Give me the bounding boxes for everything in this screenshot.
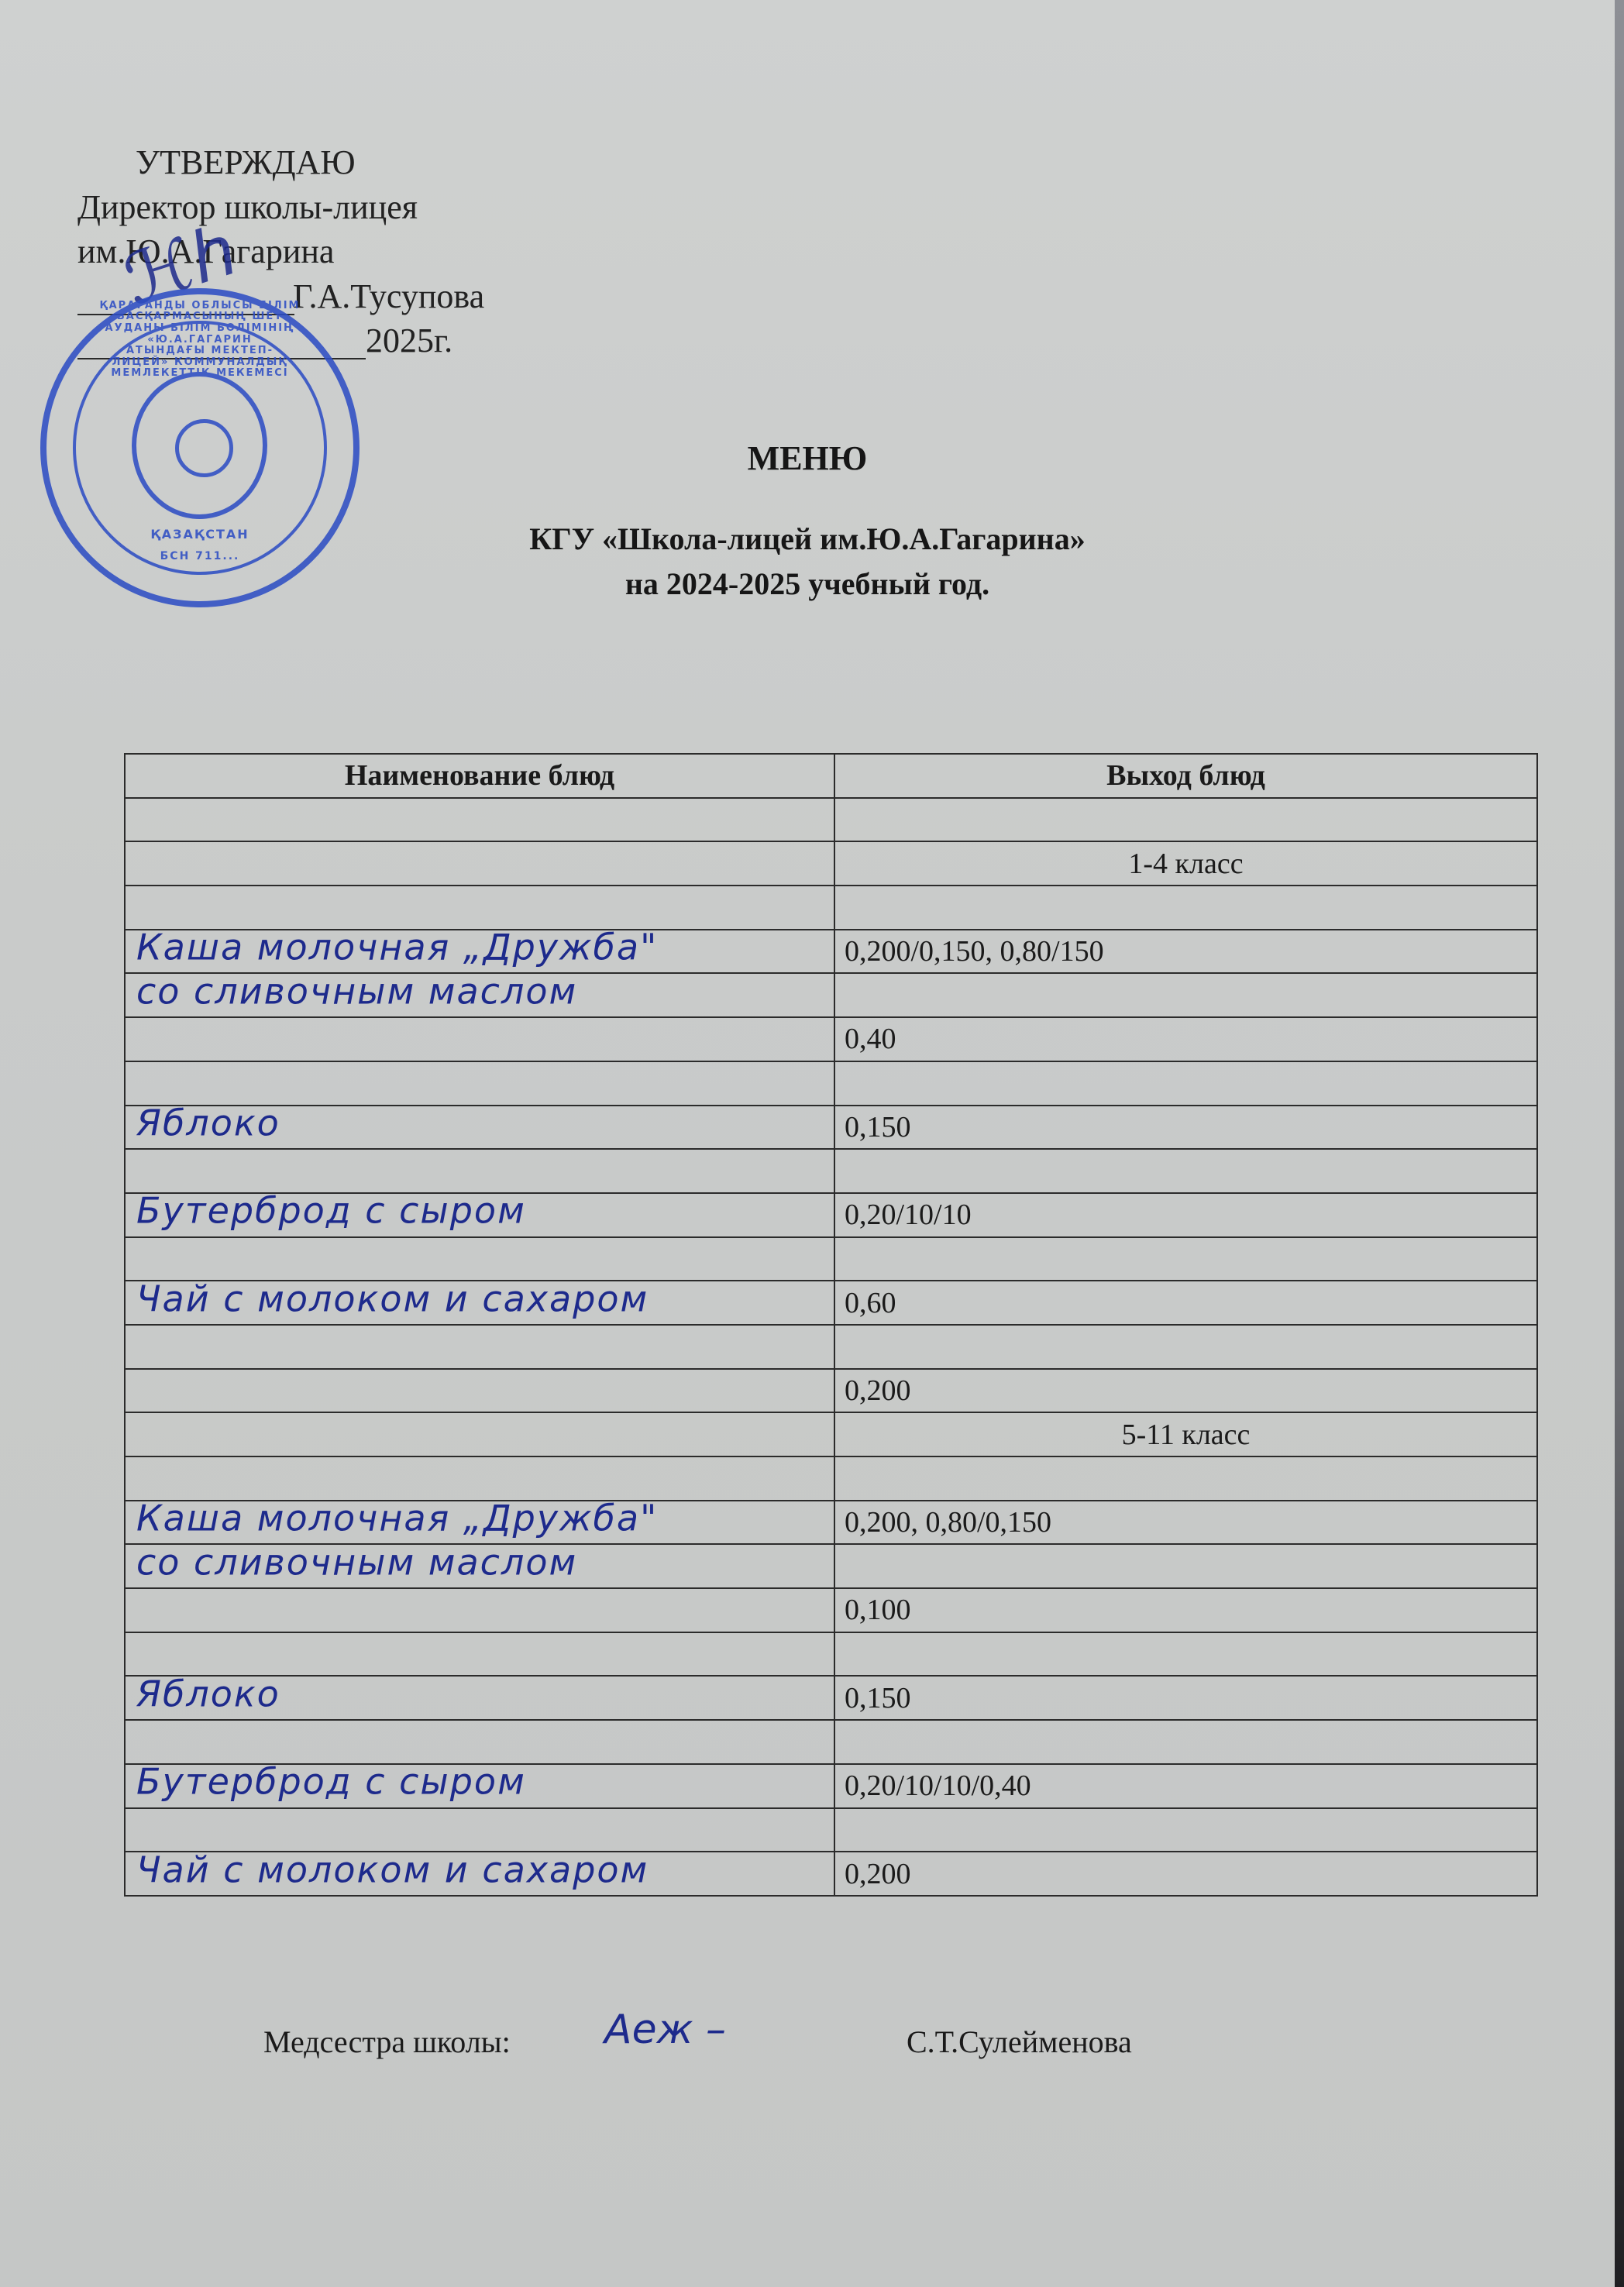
dish-name-handwritten: Бутерброд с сыром — [136, 1761, 526, 1803]
dish-name-cell: со сливочным маслом — [125, 973, 834, 1017]
dish-name-handwritten: со сливочным маслом — [136, 970, 577, 1012]
dish-output-cell: 0,20/10/10/0,40 — [834, 1764, 1537, 1808]
dish-name-handwritten: Яблоко — [136, 1673, 280, 1714]
dish-name-cell: Чай с молоком и сахаром — [125, 1281, 834, 1325]
table-row: 0,200 — [125, 1369, 1537, 1413]
dish-output-cell: 0,60 — [834, 1281, 1537, 1325]
dish-name-handwritten: Бутерброд с сыром — [136, 1190, 526, 1232]
dish-name-handwritten: Чай с молоком и сахаром — [136, 1849, 649, 1890]
dish-output-cell — [834, 1061, 1537, 1106]
dish-name-cell — [125, 1808, 834, 1852]
table-row — [125, 1632, 1537, 1677]
dish-output-cell — [834, 1544, 1537, 1588]
approval-year: 2025г. — [366, 324, 452, 358]
table-row — [125, 1720, 1537, 1764]
dish-name-cell — [125, 1017, 834, 1061]
menu-table: Наименование блюд Выход блюд 1-4 классКа… — [124, 753, 1538, 1897]
dish-name-handwritten: Чай с молоком и сахаром — [136, 1278, 649, 1319]
dish-output-cell: 0,40 — [834, 1017, 1537, 1061]
table-row — [125, 1456, 1537, 1501]
dish-name-cell — [125, 886, 834, 930]
document-page: УТВЕРЖДАЮ Директор школы-лицея им.Ю.А.Га… — [0, 0, 1615, 2287]
dish-name-cell — [125, 1456, 834, 1501]
table-row — [125, 1149, 1537, 1193]
class-group-label: 1-4 класс — [834, 841, 1537, 886]
approval-position: Директор школы-лицея — [77, 191, 418, 225]
dish-name-handwritten: со сливочным маслом — [136, 1541, 577, 1583]
table-row: Бутерброд с сыром0,20/10/10/0,40 — [125, 1764, 1537, 1808]
approval-heading: УТВЕРЖДАЮ — [136, 146, 356, 180]
dish-output-cell — [834, 1325, 1537, 1369]
dish-output-cell: 0,200 — [834, 1852, 1537, 1896]
dish-name-cell: со сливочным маслом — [125, 1544, 834, 1588]
table-row — [125, 1808, 1537, 1852]
dish-output-cell — [834, 1456, 1537, 1501]
dish-output-cell: 0,150 — [834, 1106, 1537, 1150]
table-row: со сливочным маслом — [125, 1544, 1537, 1588]
table-row — [125, 1325, 1537, 1369]
nurse-role-label: Медсестра школы: — [263, 2024, 511, 2060]
table-row — [125, 1061, 1537, 1106]
photo-background-edge — [1615, 0, 1624, 2287]
institution-name: КГУ «Школа-лицей им.Ю.А.Гагарина» — [0, 521, 1615, 557]
dish-name-cell: Каша молочная „Дружба" — [125, 930, 834, 974]
dish-output-cell — [834, 1237, 1537, 1281]
dish-name-cell — [125, 1632, 834, 1677]
dish-name-cell — [125, 841, 834, 886]
stamp-outer-text: ҚАРАҒАНДЫ ОБЛЫСЫ БІЛІМ БАСҚАРМАСЫНЫҢ ШЕТ… — [46, 301, 353, 334]
table-row: со сливочным маслом — [125, 973, 1537, 1017]
table-row: 0,40 — [125, 1017, 1537, 1061]
dish-output-cell — [834, 1632, 1537, 1677]
dish-output-cell — [834, 1149, 1537, 1193]
table-row — [125, 886, 1537, 930]
dish-output-cell — [834, 973, 1537, 1017]
dish-output-cell: 0,200 — [834, 1369, 1537, 1413]
dish-name-cell: Яблоко — [125, 1106, 834, 1150]
dish-name-cell — [125, 1369, 834, 1413]
dish-output-cell — [834, 886, 1537, 930]
dish-name-cell — [125, 1720, 834, 1764]
dish-output-cell: 0,100 — [834, 1588, 1537, 1632]
dish-name-handwritten: Каша молочная „Дружба" — [136, 927, 658, 968]
class-group-label: 5-11 класс — [834, 1412, 1537, 1456]
table-row — [125, 1237, 1537, 1281]
dish-name-cell — [125, 1325, 834, 1369]
dish-name-cell: Каша молочная „Дружба" — [125, 1501, 834, 1545]
column-header-output: Выход блюд — [834, 754, 1537, 798]
dish-output-cell: 0,200, 0,80/0,150 — [834, 1501, 1537, 1545]
nurse-name: С.Т.Сулейменова — [907, 2024, 1132, 2060]
dish-name-cell — [125, 1061, 834, 1106]
dish-name-cell: Бутерброд с сыром — [125, 1193, 834, 1237]
table-row: Каша молочная „Дружба"0,200/0,150, 0,80/… — [125, 930, 1537, 974]
table-row: Каша молочная „Дружба"0,200, 0,80/0,150 — [125, 1501, 1537, 1545]
dish-name-handwritten: Каша молочная „Дружба" — [136, 1498, 658, 1539]
dish-name-cell: Бутерброд с сыром — [125, 1764, 834, 1808]
nurse-signature: Аеж – — [604, 2007, 726, 2053]
dish-name-cell: Чай с молоком и сахаром — [125, 1852, 834, 1896]
dish-output-cell: 0,200/0,150, 0,80/150 — [834, 930, 1537, 974]
dish-name-cell — [125, 1237, 834, 1281]
dish-output-cell: 0,150 — [834, 1676, 1537, 1720]
dish-name-cell — [125, 1149, 834, 1193]
dish-name-handwritten: Яблоко — [136, 1102, 280, 1143]
table-row: 0,100 — [125, 1588, 1537, 1632]
table-section-row: 5-11 класс — [125, 1412, 1537, 1456]
column-header-dish-name: Наименование блюд — [125, 754, 834, 798]
academic-year: на 2024-2025 учебный год. — [0, 566, 1615, 602]
dish-name-cell — [125, 798, 834, 842]
table-row: Яблоко0,150 — [125, 1106, 1537, 1150]
dish-name-cell — [125, 1588, 834, 1632]
dish-output-cell — [834, 1720, 1537, 1764]
dish-output-cell — [834, 798, 1537, 842]
table-row: Бутерброд с сыром0,20/10/10 — [125, 1193, 1537, 1237]
table-row: Чай с молоком и сахаром0,60 — [125, 1281, 1537, 1325]
dish-name-cell: Яблоко — [125, 1676, 834, 1720]
table-header-row: Наименование блюд Выход блюд — [125, 754, 1537, 798]
table-row — [125, 798, 1537, 842]
table-section-row: 1-4 класс — [125, 841, 1537, 886]
menu-title: МЕНЮ — [0, 438, 1615, 478]
dish-output-cell — [834, 1808, 1537, 1852]
dish-name-cell — [125, 1412, 834, 1456]
dish-output-cell: 0,20/10/10 — [834, 1193, 1537, 1237]
table-row: Яблоко0,150 — [125, 1676, 1537, 1720]
table-row: Чай с молоком и сахаром0,200 — [125, 1852, 1537, 1896]
